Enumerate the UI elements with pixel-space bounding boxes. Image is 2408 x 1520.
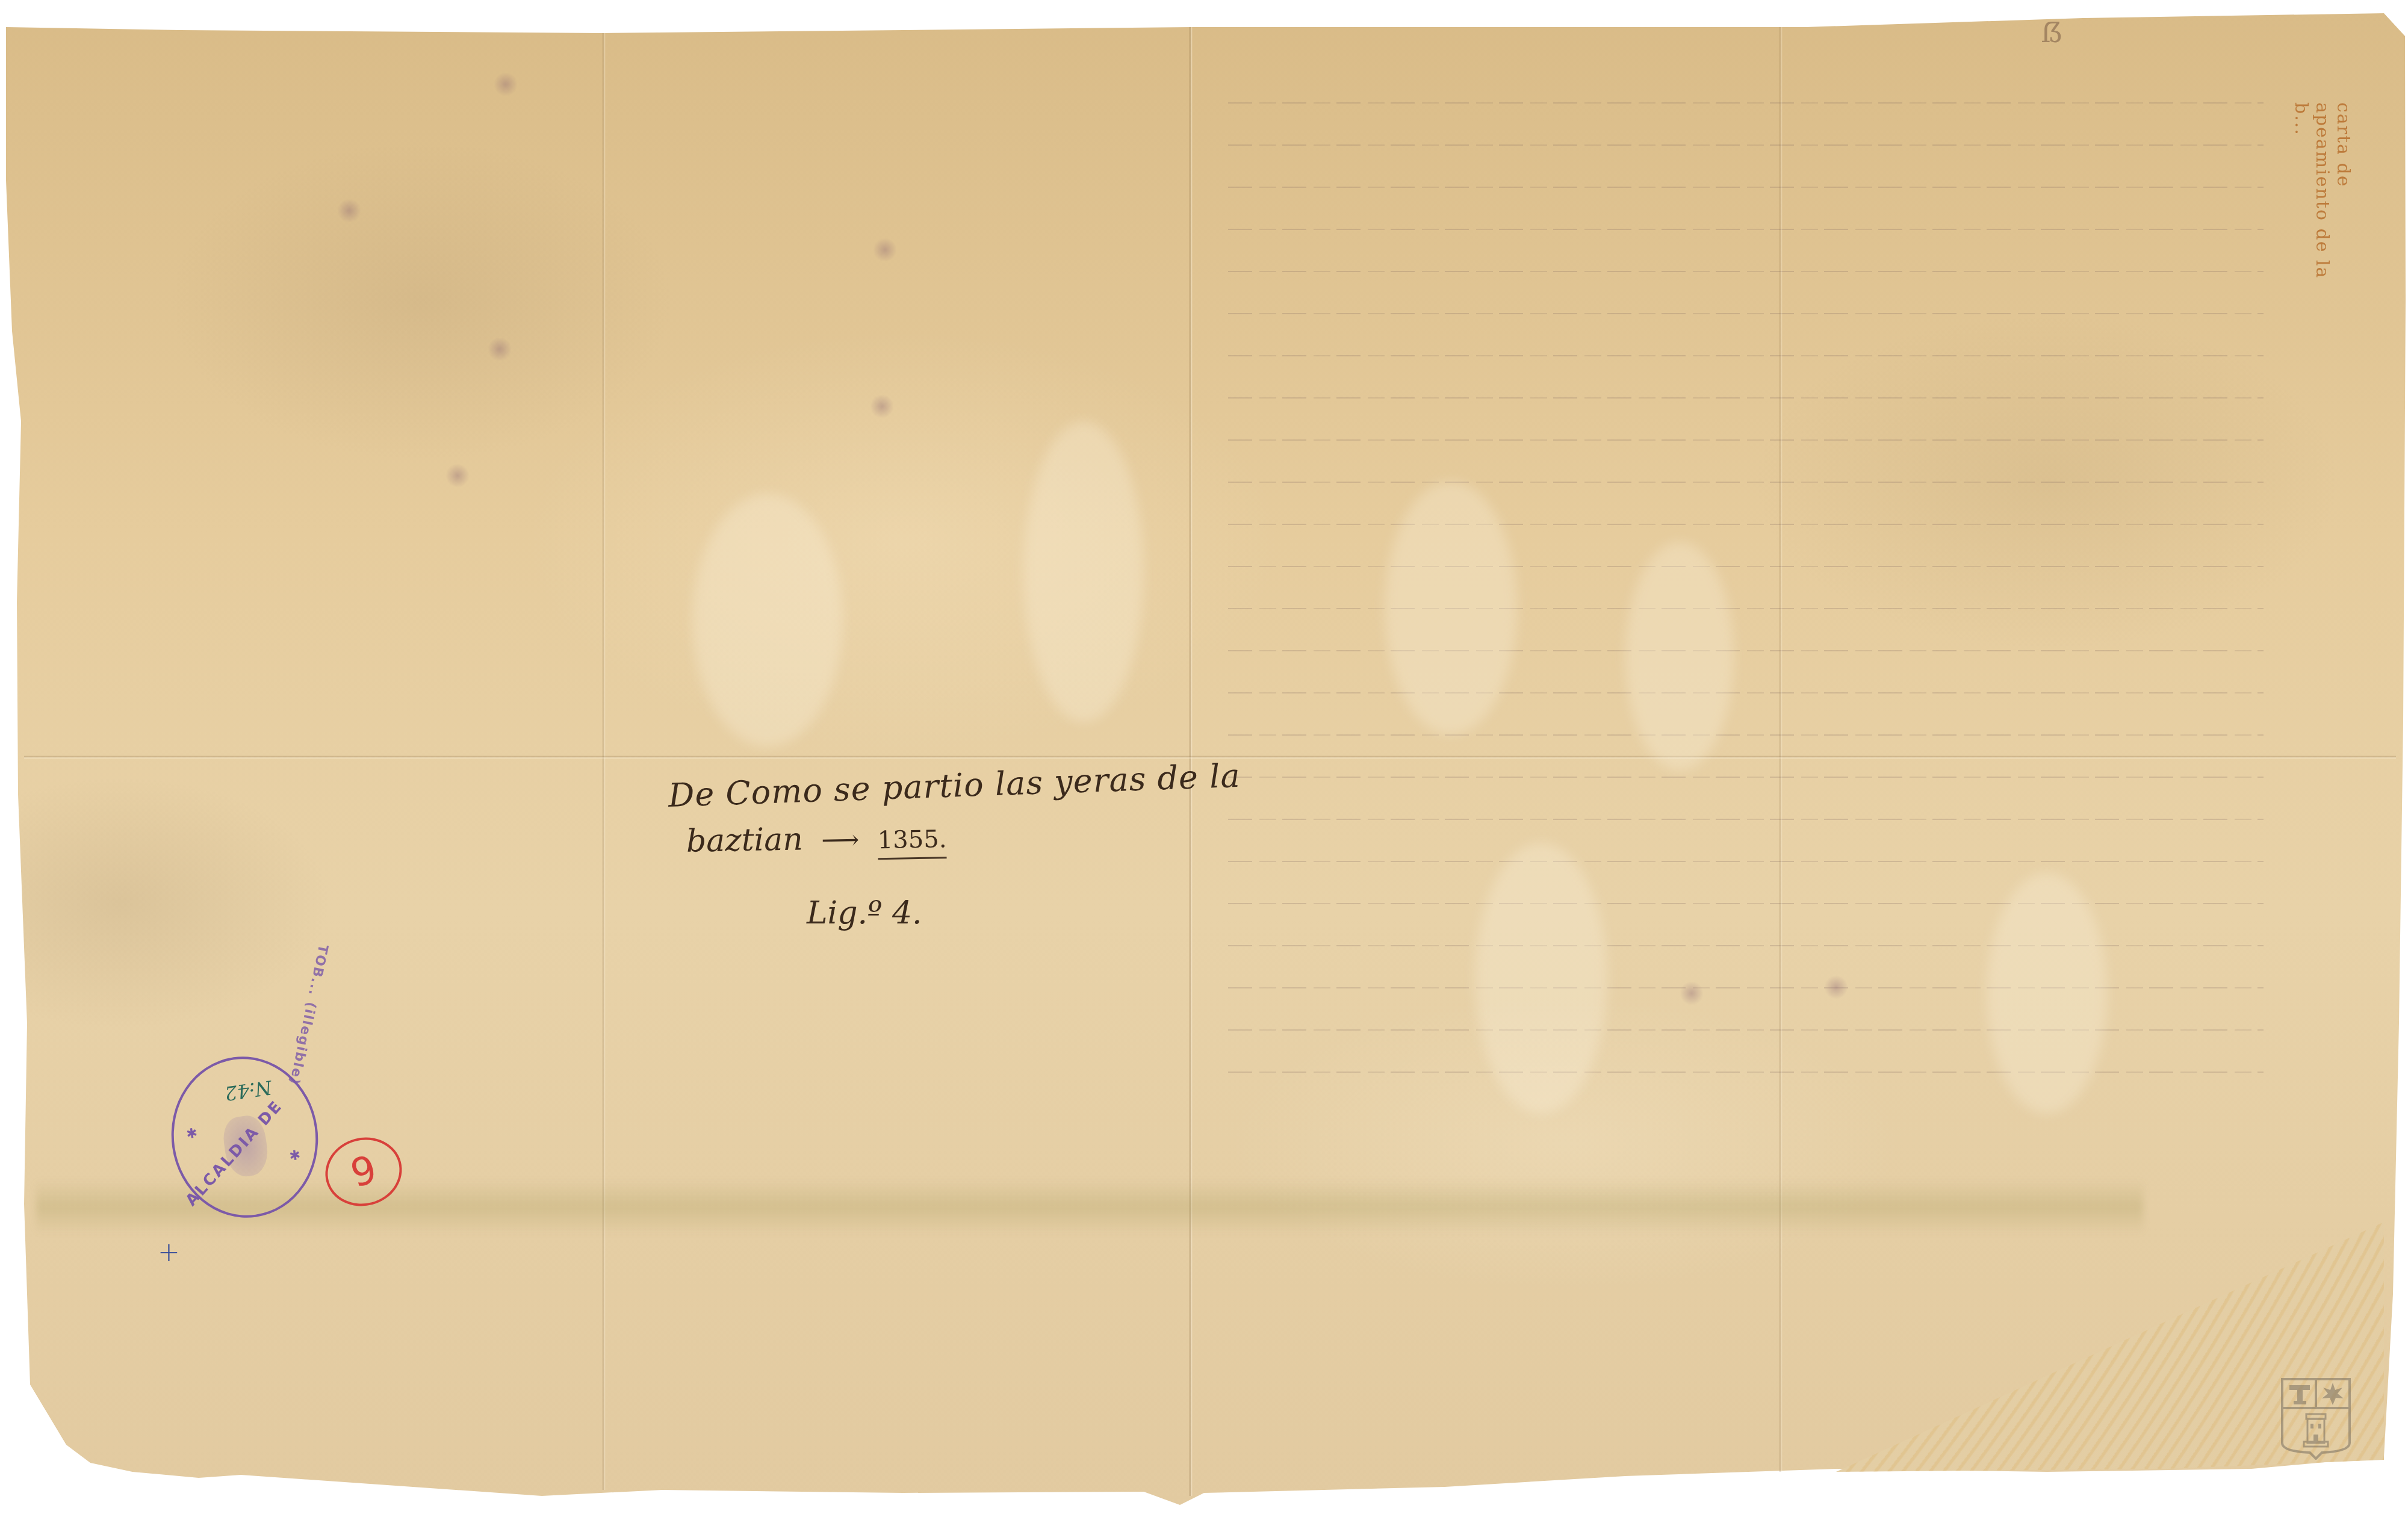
wrinkle-highlight <box>1625 542 1734 771</box>
foxing-spot <box>488 337 512 361</box>
corner-mark: ẞ <box>2041 18 2065 54</box>
endorsement-place: baztian <box>686 821 803 859</box>
wrinkle-highlight <box>1023 421 1144 722</box>
endorsement-note: De Como se partio las yeras de la baztia… <box>668 777 1150 931</box>
endorsement-year: 1355. <box>877 825 946 860</box>
star-icon: ✱ <box>288 1148 302 1164</box>
tower-icon <box>2304 1414 2328 1447</box>
wrinkle-highlight <box>1475 843 1607 1114</box>
vertical-rubric: carta de apeamiento de la b... <box>2318 102 2354 289</box>
bleed-through-text <box>1228 102 2264 1246</box>
shelfmark: Lig.º 4. <box>807 895 1150 931</box>
star-icon: ✱ <box>185 1126 199 1142</box>
stamp-number: N:42 <box>223 1076 273 1105</box>
foxing-spot <box>873 238 897 262</box>
star-icon <box>2322 1383 2344 1405</box>
foxing-spot <box>494 72 518 96</box>
foxing-spot <box>1824 975 1848 999</box>
foxing-spot <box>1680 981 1704 1005</box>
blue-cross-mark: + <box>158 1237 180 1268</box>
letter-t-icon <box>2289 1385 2310 1404</box>
wrinkle-highlight <box>692 494 843 746</box>
stamp-ring-text: ALCALDIA DE <box>182 1097 287 1209</box>
document-canvas: De Como se partio las yeras de la baztia… <box>0 0 2408 1520</box>
wrinkle-highlight <box>1385 482 1517 734</box>
archive-shield-logo <box>2280 1377 2352 1460</box>
wrinkle-highlight <box>1987 873 2107 1114</box>
foxing-spot <box>445 464 470 488</box>
foxing-spot <box>337 199 361 223</box>
foxing-spot <box>870 394 894 418</box>
endorsement-line-2: baztian ⟶ 1355. <box>686 815 1150 863</box>
arrow-icon: ⟶ <box>821 825 860 856</box>
